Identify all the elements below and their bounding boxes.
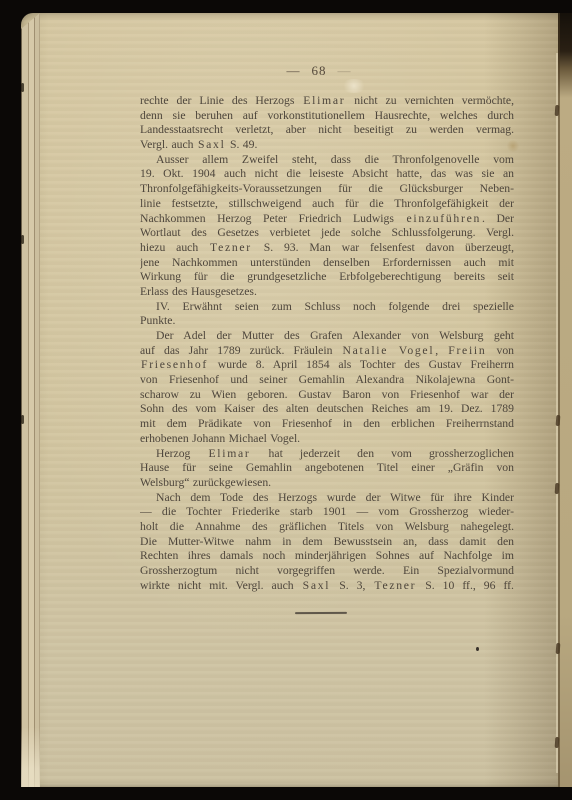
- text-line: denn sie beruhen auf vorkonstitutionelle…: [140, 109, 514, 124]
- text-line: hiezu auch Tezner S. 93. Man war felsenf…: [140, 241, 514, 256]
- letterspaced-text: Tezner: [374, 579, 416, 592]
- letterspaced-text: Elimar: [208, 447, 250, 460]
- page-header: —68—: [132, 63, 506, 79]
- letterspaced-text: Tezner: [210, 241, 252, 254]
- text-line: auf das Jahr 1789 zurück. Fräulein Natal…: [140, 344, 514, 359]
- text-line: von Friesenhof und seiner Gemahlin Alexa…: [140, 373, 514, 388]
- text-line: Ausser allem Zweifel steht, dass die Thr…: [140, 153, 514, 168]
- page-number: 68: [312, 63, 327, 78]
- text-line: Rechten ihres damals noch minderjährigen…: [140, 549, 514, 564]
- paper-stain: [506, 140, 520, 152]
- stitch-mark: [556, 415, 561, 426]
- edge-notch: [21, 83, 24, 92]
- edge-notch: [21, 415, 24, 424]
- text-line: Nach dem Tode des Herzogs wurde der Witw…: [140, 491, 514, 506]
- text-line: Wirkung für die grundgesetzliche Erbfolg…: [140, 270, 514, 285]
- ink-speck: [476, 647, 479, 651]
- text-line: Thronfolgefähigkeits-Voraussetzungen für…: [140, 182, 514, 197]
- text-line: Sohn des vom Kaiser des alten deutschen …: [140, 402, 514, 417]
- text-line: scharow zu Wien geboren. Gustav Baron vo…: [140, 388, 514, 403]
- text-line: Grossherzogtum nicht vorgegriffen werde.…: [140, 564, 514, 579]
- header-dash-left: —: [287, 63, 301, 78]
- text-line: linie festsetzte, stillschweigend auch f…: [140, 197, 514, 212]
- text-line: Herzog Elimar hat jederzeit den vom gros…: [140, 447, 514, 462]
- text-line: rechte der Linie des Herzogs Elimar nich…: [140, 94, 514, 109]
- letterspaced-text: Freiin: [448, 344, 486, 357]
- letterspaced-text: Saxl: [198, 138, 226, 151]
- text-line: Erlass des Hausgesetzes.: [140, 285, 514, 300]
- text-line: IV. Erwähnt seien zum Schluss noch folge…: [140, 300, 514, 315]
- section-end-rule: [295, 612, 347, 614]
- book-page-edges: [21, 13, 40, 787]
- paper-stain: [341, 79, 367, 93]
- letterspaced-text: Saxl: [303, 579, 331, 592]
- text-line: Vergl. auch Saxl S. 49.: [140, 138, 514, 153]
- text-line: Hause für seine Gemahlin angebotenen Tit…: [140, 461, 514, 476]
- text-line: Der Adel der Mutter des Grafen Alexander…: [140, 329, 514, 344]
- book-scan: —68— rechte der Linie des Herzogs Elimar…: [0, 0, 572, 800]
- text-line: Wortlaut des Gesetzes verbietet jede sol…: [140, 226, 514, 241]
- book-page: —68— rechte der Linie des Herzogs Elimar…: [21, 13, 572, 787]
- binding-gutter: [558, 13, 572, 787]
- letterspaced-text: einzuführen: [406, 212, 481, 225]
- text-line: jene Nachkommen unterstünden denselben E…: [140, 256, 514, 271]
- text-line: erhobenen Johann Michael Vogel.: [140, 432, 514, 447]
- text-line: Welsburg“ zurückgewiesen.: [140, 476, 514, 491]
- text-block: rechte der Linie des Herzogs Elimar nich…: [140, 94, 514, 593]
- text-line: Nachkommen Herzog Peter Friedrich Ludwig…: [140, 212, 514, 227]
- text-line: — die Tochter Friederike starb 1901 — vo…: [140, 505, 514, 520]
- stitch-mark: [555, 105, 560, 116]
- stitch-mark: [555, 737, 560, 748]
- header-dash-right: —: [338, 63, 352, 78]
- text-line: Friesenhof wurde 8. April 1854 als Tocht…: [140, 358, 514, 373]
- text-line: Punkte.: [140, 314, 514, 329]
- edge-notch: [21, 235, 24, 244]
- text-line: mit dem Prädikate von Friesenhof in den …: [140, 417, 514, 432]
- stitch-mark: [555, 483, 560, 494]
- letterspaced-text: Friesenhof: [141, 358, 208, 371]
- letterspaced-text: Elimar: [303, 94, 345, 107]
- text-line: Die Mutter-Witwe nahm in dem Bewusstsein…: [140, 535, 514, 550]
- text-line: wirkte nicht mit. Vergl. auch Saxl S. 3,…: [140, 579, 514, 594]
- letterspaced-text: Natalie Vogel: [343, 344, 435, 357]
- text-line: 19. Okt. 1904 auch nicht die leiseste Ab…: [140, 167, 514, 182]
- text-line: Landesstaatsrecht verletzt, aber nicht b…: [140, 123, 514, 138]
- stitch-mark: [556, 643, 561, 654]
- text-line: holt die Annahme des gräflichen Titels v…: [140, 520, 514, 535]
